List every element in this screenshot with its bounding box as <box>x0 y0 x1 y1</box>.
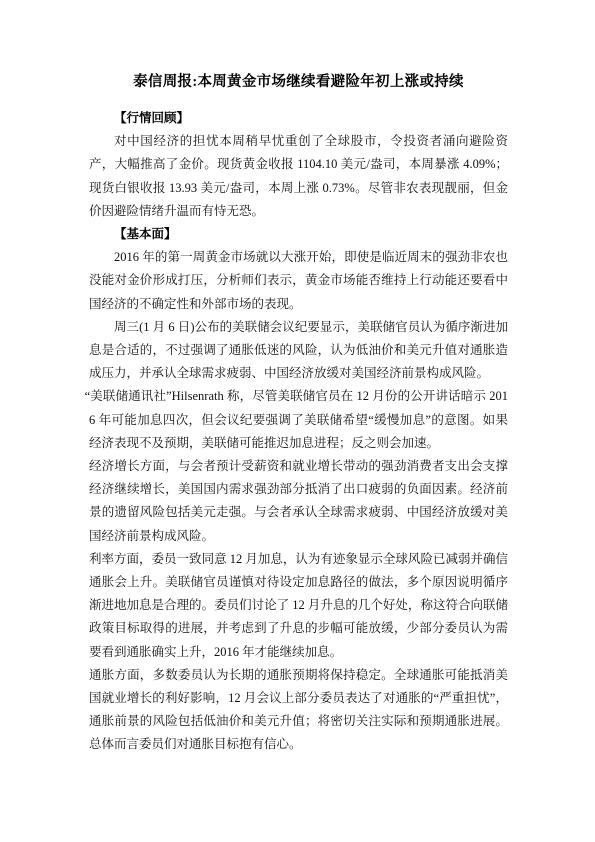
section-heading-fundamentals: 【基本面】 <box>89 223 508 246</box>
paragraph-fundamentals-2: 周三(1 月 6 日)公布的美联储会议纪要显示，美联储官员认为循序渐进加息是合适… <box>89 316 508 386</box>
section-heading-market-review: 【行情回顾】 <box>89 107 508 130</box>
paragraph-market-review-1: 对中国经济的担忧本周稍早忧重创了全球股市，令投资者涌向避险资产，大幅推高了金价。… <box>89 130 508 223</box>
paragraph-fundamentals-5: 利率方面，委员一致同意 12 月加息，认为有迹象显示全球风险已减弱并确信通胀会上… <box>89 548 508 664</box>
document-page: 泰信周报:本周黄金市场继续看避险年初上涨或持续 【行情回顾】 对中国经济的担忧本… <box>0 0 595 842</box>
paragraph-fundamentals-6: 通胀方面，多数委员认为长期的通胀预期将保持稳定。全球通胀可能抵消美国就业增长的利… <box>89 664 508 757</box>
paragraph-fundamentals-3: “美联储通讯社”Hilsenrath 称，尽管美联储官员在 12 月份的公开讲话… <box>89 385 508 455</box>
page-title: 泰信周报:本周黄金市场继续看避险年初上涨或持续 <box>89 72 508 93</box>
paragraph-fundamentals-4: 经济增长方面，与会者预计受薪资和就业增长带动的强劲消费者支出会支撑经济继续增长，… <box>89 455 508 548</box>
paragraph-fundamentals-1: 2016 年的第一周黄金市场就以大涨开始，即使是临近周末的强劲非农也没能对金价形… <box>89 246 508 316</box>
